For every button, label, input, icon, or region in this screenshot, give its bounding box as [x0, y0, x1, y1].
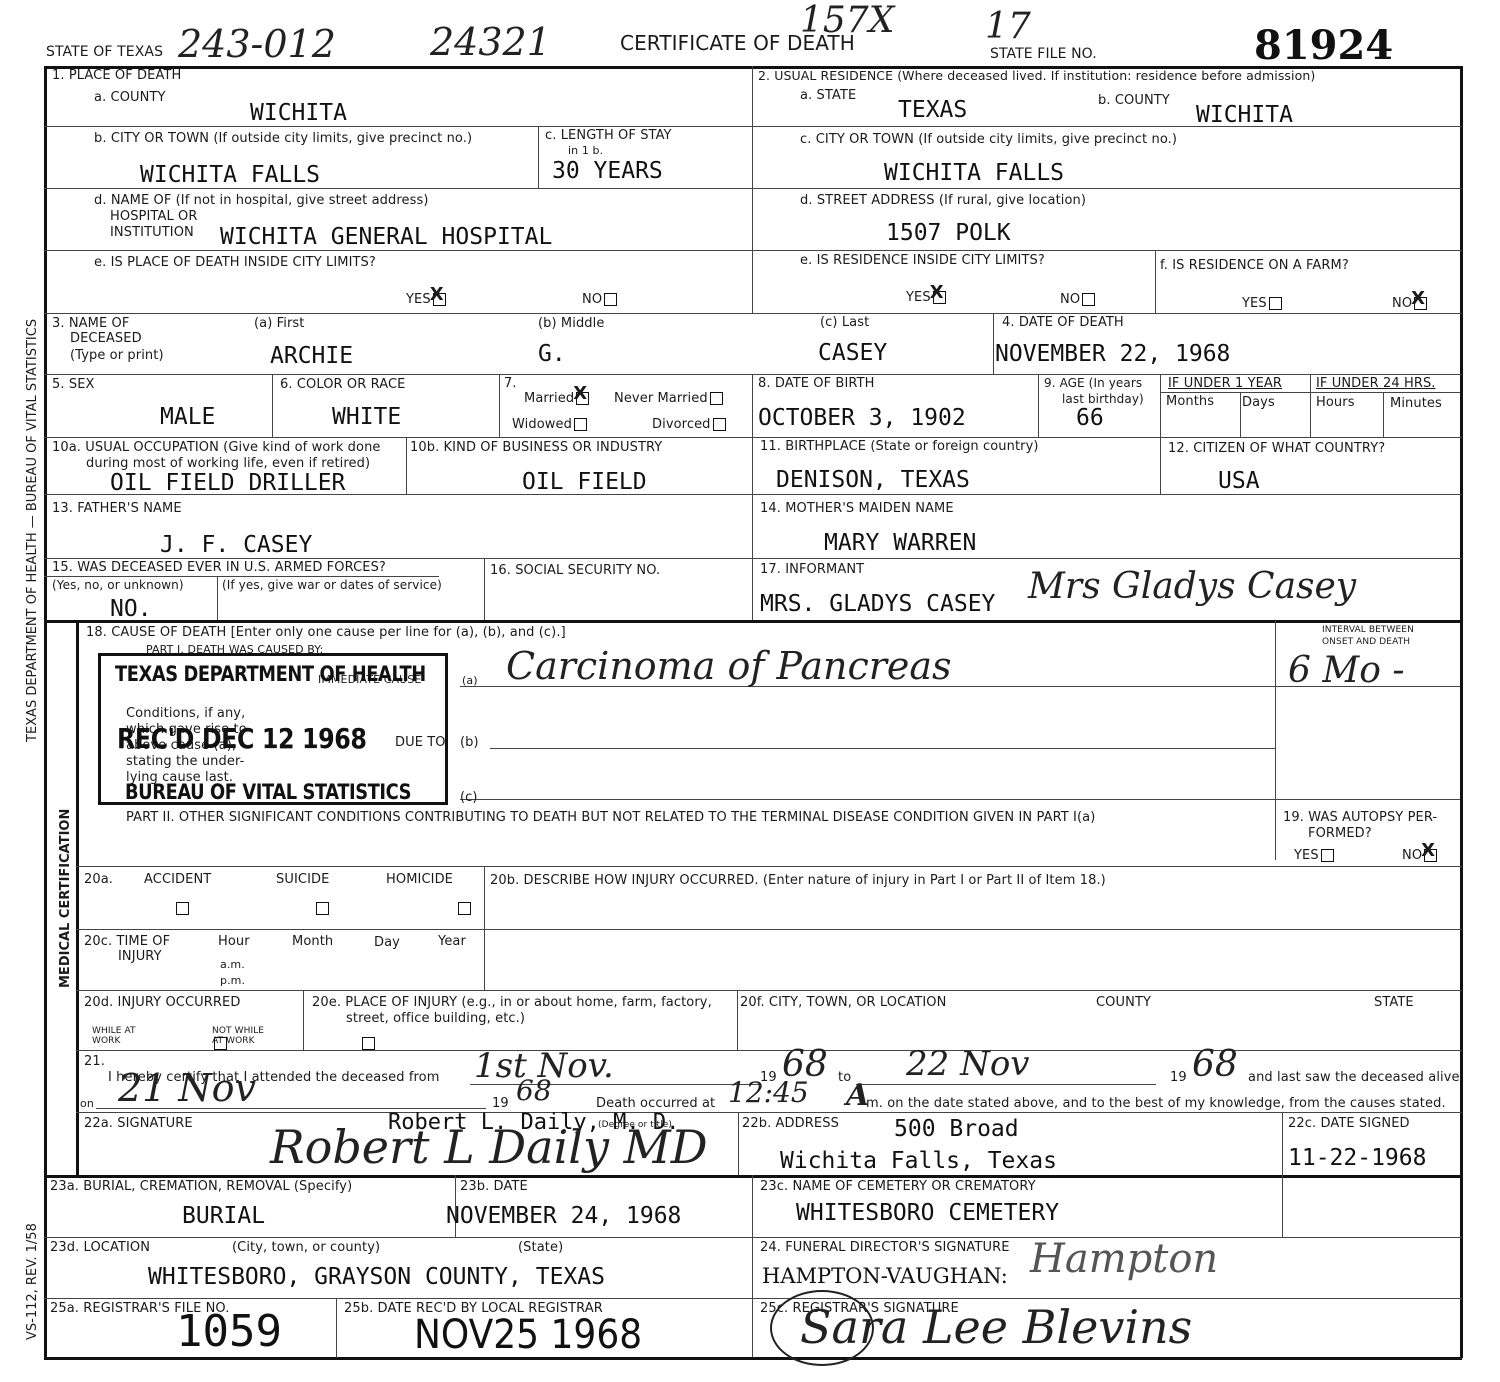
yes-label: YES: [906, 290, 931, 305]
death-inside-limits-no[interactable]: NO: [582, 292, 617, 307]
farm-no[interactable]: NO: [1392, 296, 1427, 311]
death-inside-limits-yes[interactable]: YES: [406, 292, 446, 307]
checkbox-checked-icon[interactable]: [1414, 297, 1427, 310]
checkbox-empty-icon[interactable]: [710, 392, 723, 405]
residence-state-value[interactable]: TEXAS: [898, 97, 967, 123]
hour-label: Hour: [218, 934, 250, 949]
pm-label: p.m.: [220, 974, 245, 987]
physician-signature-label: 22a. SIGNATURE: [84, 1116, 193, 1131]
cemetery-value[interactable]: WHITESBORO CEMETERY: [796, 1200, 1059, 1226]
injury-section: 20a. ACCIDENT SUICIDE HOMICIDE 20b. DESC…: [0, 0, 1500, 19]
residence-city-label: c. CITY OR TOWN (If outside city limits,…: [800, 132, 1177, 147]
ssn-label: 16. SOCIAL SECURITY NO.: [490, 563, 660, 578]
day-label: Day: [374, 935, 400, 950]
burial-date-value[interactable]: NOVEMBER 24, 1968: [446, 1203, 681, 1229]
mother-value[interactable]: MARY WARREN: [824, 530, 976, 556]
to-year-prefix: 19: [1170, 1070, 1187, 1085]
cause-c-label: (c): [460, 790, 478, 805]
injury-state-label: STATE: [1374, 995, 1414, 1010]
funeral-director-label: 24. FUNERAL DIRECTOR'S SIGNATURE: [760, 1240, 1010, 1255]
last-seen-year[interactable]: 68: [516, 1074, 552, 1107]
residence-inside-limits-no[interactable]: NO: [1060, 292, 1095, 307]
marital-label: 7.: [504, 376, 517, 391]
injury-a-label: 20a.: [84, 872, 113, 887]
no-label: NO: [1060, 292, 1080, 307]
widowed-label: Widowed: [512, 417, 572, 432]
residence-inside-limits-label: e. IS RESIDENCE INSIDE CITY LIMITS?: [800, 253, 1045, 268]
location-sublabel-2: (State): [518, 1240, 563, 1255]
stamp-line-1: TEXAS DEPARTMENT OF HEALTH: [115, 662, 426, 686]
place-of-injury-label-2: street, office building, etc.): [346, 1011, 525, 1026]
am-label: a.m.: [220, 958, 245, 971]
cause-b-label: (b): [460, 735, 479, 750]
cemetery-label: 23c. NAME OF CEMETERY OR CREMATORY: [760, 1179, 1036, 1194]
received-stamp: TEXAS DEPARTMENT OF HEALTH REC'D DEC 12 …: [98, 653, 448, 805]
physician-signature: Robert L Daily MD: [270, 1120, 708, 1174]
certification-text-2: and last saw the deceased alive: [1248, 1070, 1460, 1085]
stamp-line-3: BUREAU OF VITAL STATISTICS: [125, 780, 411, 804]
business-label: 10b. KIND OF BUSINESS OR INDUSTRY: [410, 440, 662, 455]
side-department-text: TEXAS DEPARTMENT OF HEALTH — BUREAU OF V…: [25, 319, 40, 742]
date-of-birth-value[interactable]: OCTOBER 3, 1902: [758, 405, 966, 431]
date-of-birth-label: 8. DATE OF BIRTH: [758, 376, 875, 391]
hospital-label-2: HOSPITAL OR: [110, 209, 198, 224]
checkbox-checked-icon[interactable]: [1424, 849, 1437, 862]
yes-label: YES: [1242, 296, 1267, 311]
residence-label: 2. USUAL RESIDENCE (Where deceased lived…: [758, 68, 1315, 83]
burial-label: 23a. BURIAL, CREMATION, REMOVAL (Specify…: [50, 1179, 352, 1194]
checkbox-checked-icon[interactable]: [576, 392, 589, 405]
while-at-work-label: WHILE AT WORK: [92, 1026, 142, 1046]
first-name-value[interactable]: ARCHIE: [270, 343, 353, 369]
race-value[interactable]: WHITE: [332, 404, 401, 430]
armed-forces-value[interactable]: NO.: [110, 596, 152, 622]
injury-b-label: 20b. DESCRIBE HOW INJURY OCCURRED. (Ente…: [490, 873, 1106, 888]
suicide-checkbox[interactable]: [316, 902, 329, 915]
accident-checkbox[interactable]: [176, 902, 189, 915]
checkbox-empty-icon[interactable]: [713, 418, 726, 431]
death-time-value[interactable]: 12:45: [728, 1076, 809, 1109]
death-city-value[interactable]: WICHITA FALLS: [140, 162, 320, 188]
yes-label: YES: [1294, 848, 1319, 863]
name-label: 3. NAME OF: [52, 316, 129, 331]
state-file-number: 81924: [1254, 22, 1393, 69]
checkbox-empty-icon[interactable]: [1082, 293, 1095, 306]
residence-county-label: b. COUNTY: [1098, 93, 1170, 108]
suicide-label: SUICIDE: [276, 872, 329, 887]
checkbox-empty-icon[interactable]: [604, 293, 617, 306]
hours-label: Hours: [1316, 395, 1355, 410]
state-file-label: STATE FILE NO.: [990, 47, 1097, 62]
birthplace-label: 11. BIRTHPLACE (State or foreign country…: [760, 439, 1039, 454]
checkbox-checked-icon[interactable]: [933, 291, 946, 304]
homicide-label: HOMICIDE: [386, 872, 453, 887]
checkbox-empty-icon[interactable]: [1321, 849, 1334, 862]
attended-to-value[interactable]: 22 Nov: [906, 1044, 1030, 1084]
certification-number: 21.: [84, 1054, 105, 1069]
last-seen-value[interactable]: 21 Nov: [118, 1066, 256, 1110]
physician-address-1[interactable]: 500 Broad: [894, 1116, 1019, 1142]
middle-name-label: (b) Middle: [538, 316, 604, 331]
date-signed-value[interactable]: 11-22-1968: [1288, 1145, 1426, 1171]
autopsy-label: 19. WAS AUTOPSY PER-: [1283, 810, 1437, 825]
occupation-value[interactable]: OIL FIELD DRILLER: [110, 470, 345, 496]
death-county-value[interactable]: WICHITA: [250, 100, 347, 126]
age-value[interactable]: 66: [1076, 405, 1104, 431]
injury-time-label: 20c. TIME OF: [84, 934, 170, 949]
farm-yes[interactable]: YES: [1242, 296, 1282, 311]
hospital-value[interactable]: WICHITA GENERAL HOSPITAL: [220, 224, 552, 250]
marital-never-married[interactable]: Never Married: [614, 391, 723, 406]
citizen-label: 12. CITIZEN OF WHAT COUNTRY?: [1168, 441, 1385, 456]
interval-label: INTERVAL BETWEEN: [1322, 625, 1414, 635]
state-label: STATE OF TEXAS: [46, 45, 163, 60]
place-of-injury-label: 20e. PLACE OF INJURY (e.g., in or about …: [312, 995, 712, 1010]
under-24-label: IF UNDER 24 HRS.: [1316, 376, 1436, 391]
residence-county-value[interactable]: WICHITA: [1196, 102, 1293, 128]
side-form-number: VS-112, REV. 1/58: [25, 1223, 40, 1340]
no-label: NO: [582, 292, 602, 307]
injury-occurred-label: 20d. INJURY OCCURRED: [84, 995, 240, 1010]
name-label-3: (Type or print): [70, 348, 164, 363]
married-label: Married: [524, 391, 574, 406]
residence-inside-limits-yes[interactable]: YES: [906, 290, 946, 305]
birthplace-value[interactable]: DENISON, TEXAS: [776, 467, 970, 493]
last-seen-year-prefix: 19: [492, 1096, 509, 1111]
street-address-label: d. STREET ADDRESS (If rural, give locati…: [800, 193, 1086, 208]
registrar-seal-circle: [770, 1290, 874, 1366]
autopsy-label-2: FORMED?: [1308, 826, 1372, 841]
yes-label: YES: [406, 292, 431, 307]
first-name-label: (a) First: [254, 316, 305, 331]
month-label: Month: [292, 934, 333, 949]
accident-label: ACCIDENT: [144, 872, 211, 887]
death-city-label: b. CITY OR TOWN (If outside city limits,…: [94, 131, 472, 146]
residence-city-value[interactable]: WICHITA FALLS: [884, 160, 1064, 186]
under-year-label: IF UNDER 1 YEAR: [1168, 376, 1282, 391]
location-sublabel-1: (City, town, or county): [232, 1240, 380, 1255]
date-signed-label: 22c. DATE SIGNED: [1288, 1116, 1410, 1131]
divorced-label: Divorced: [652, 417, 711, 432]
middle-name-value[interactable]: G.: [538, 341, 566, 367]
sex-label: 5. SEX: [52, 377, 95, 392]
attended-to-year[interactable]: 68: [1192, 1044, 1238, 1085]
homicide-checkbox[interactable]: [458, 902, 471, 915]
interval-label-2: ONSET AND DEATH: [1322, 637, 1410, 647]
sex-value[interactable]: MALE: [160, 404, 215, 430]
not-while-at-work-label: NOT WHILE AT WORK: [212, 1026, 272, 1046]
hospital-label-3: INSTITUTION: [110, 225, 194, 240]
autopsy-yes[interactable]: YES: [1294, 848, 1334, 863]
year-label: Year: [438, 934, 466, 949]
handwritten-code-1: 243-012: [178, 22, 336, 66]
no-label: NO: [1392, 296, 1412, 311]
residence-state-label: a. STATE: [800, 88, 856, 103]
occupation-label-2: during most of working life, even if ret…: [86, 456, 370, 471]
last-name-label: (c) Last: [820, 315, 869, 330]
checkbox-empty-icon[interactable]: [574, 418, 587, 431]
father-label: 13. FATHER'S NAME: [52, 501, 182, 516]
place-of-death-label: 1. PLACE OF DEATH: [52, 68, 181, 83]
armed-forces-label: 15. WAS DECEASED EVER IN U.S. ARMED FORC…: [52, 560, 386, 575]
location-value[interactable]: WHITESBORO, GRAYSON COUNTY, TEXAS: [148, 1264, 605, 1290]
length-of-stay-sublabel: in 1 b.: [568, 144, 603, 157]
citizen-value[interactable]: USA: [1218, 468, 1260, 494]
armed-forces-sub-1: (Yes, no, or unknown): [52, 578, 184, 593]
burial-date-label: 23b. DATE: [460, 1179, 528, 1194]
death-occurred-label: Death occurred at: [596, 1096, 715, 1111]
months-label: Months: [1166, 394, 1214, 409]
handwritten-code-2: 24321: [430, 20, 551, 64]
checkbox-empty-icon[interactable]: [1269, 297, 1282, 310]
injury-county-label: COUNTY: [1096, 995, 1151, 1010]
death-inside-limits-label: e. IS PLACE OF DEATH INSIDE CITY LIMITS?: [94, 255, 376, 270]
date-of-death-value[interactable]: NOVEMBER 22, 1968: [995, 341, 1230, 367]
not-while-at-work-checkbox[interactable]: [362, 1037, 375, 1050]
length-of-stay-value[interactable]: 30 YEARS: [552, 158, 663, 184]
length-of-stay-label: c. LENGTH OF STAY: [545, 128, 672, 143]
last-name-value[interactable]: CASEY: [818, 340, 887, 366]
interval-value[interactable]: 6 Mo -: [1288, 650, 1405, 691]
stamp-line-2: REC'D DEC 12 1968: [117, 722, 367, 755]
death-county-label: a. COUNTY: [94, 90, 166, 105]
side-medical-certification: MEDICAL CERTIFICATION: [58, 809, 73, 988]
registrar-file-value[interactable]: 1059: [176, 1306, 282, 1357]
checkbox-checked-icon[interactable]: [433, 293, 446, 306]
minutes-label: Minutes: [1390, 396, 1442, 411]
injury-time-label-2: INJURY: [118, 949, 162, 964]
funeral-director-signature: Hampton: [1030, 1236, 1218, 1282]
business-value[interactable]: OIL FIELD: [522, 469, 647, 495]
part2-label: PART II. OTHER SIGNIFICANT CONDITIONS CO…: [126, 810, 1095, 825]
hospital-label: d. NAME OF (If not in hospital, give str…: [94, 193, 429, 208]
street-address-value[interactable]: 1507 POLK: [886, 220, 1011, 246]
father-value[interactable]: J. F. CASEY: [160, 532, 312, 558]
informant-value[interactable]: MRS. GLADYS CASEY: [760, 591, 995, 617]
armed-forces-sub-2: (If yes, give war or dates of service): [222, 578, 442, 593]
injury-city-label: 20f. CITY, TOWN, OR LOCATION: [740, 995, 946, 1010]
physician-address-label: 22b. ADDRESS: [742, 1116, 839, 1131]
certification-text-3: m. on the date stated above, and to the …: [866, 1096, 1446, 1111]
autopsy-no[interactable]: NO: [1402, 848, 1437, 863]
handwritten-code-4: 17: [985, 6, 1031, 47]
handwritten-code-3: 157X: [800, 0, 894, 41]
cause-a-label: (a): [462, 674, 478, 687]
location-label: 23d. LOCATION: [50, 1240, 150, 1255]
physician-address-2[interactable]: Wichita Falls, Texas: [780, 1148, 1057, 1174]
age-label: 9. AGE (In years: [1044, 376, 1142, 391]
informant-signature: Mrs Gladys Casey: [1028, 566, 1356, 607]
occupation-label: 10a. USUAL OCCUPATION (Give kind of work…: [52, 440, 381, 455]
funeral-director-value[interactable]: HAMPTON-VAUGHAN:: [762, 1263, 1008, 1289]
days-label: Days: [1242, 395, 1275, 410]
marital-divorced[interactable]: Divorced: [652, 417, 726, 432]
informant-label: 17. INFORMANT: [760, 562, 864, 577]
cause-label: 18. CAUSE OF DEATH [Enter only one cause…: [86, 625, 566, 640]
burial-value[interactable]: BURIAL: [182, 1203, 265, 1229]
cause-a-value[interactable]: Carcinoma of Pancreas: [506, 644, 952, 688]
date-of-death-label: 4. DATE OF DEATH: [1002, 315, 1124, 330]
name-label-2: DECEASED: [70, 331, 142, 346]
mother-label: 14. MOTHER'S MAIDEN NAME: [760, 501, 954, 516]
registrar-date-value[interactable]: NOV25 1968: [414, 1312, 642, 1358]
marital-married[interactable]: Married: [524, 391, 589, 406]
farm-label: f. IS RESIDENCE ON A FARM?: [1160, 258, 1349, 273]
marital-widowed[interactable]: Widowed: [512, 417, 587, 432]
race-label: 6. COLOR OR RACE: [280, 377, 405, 392]
on-label: on: [80, 1096, 94, 1111]
never-married-label: Never Married: [614, 391, 708, 406]
no-label: NO: [1402, 848, 1422, 863]
